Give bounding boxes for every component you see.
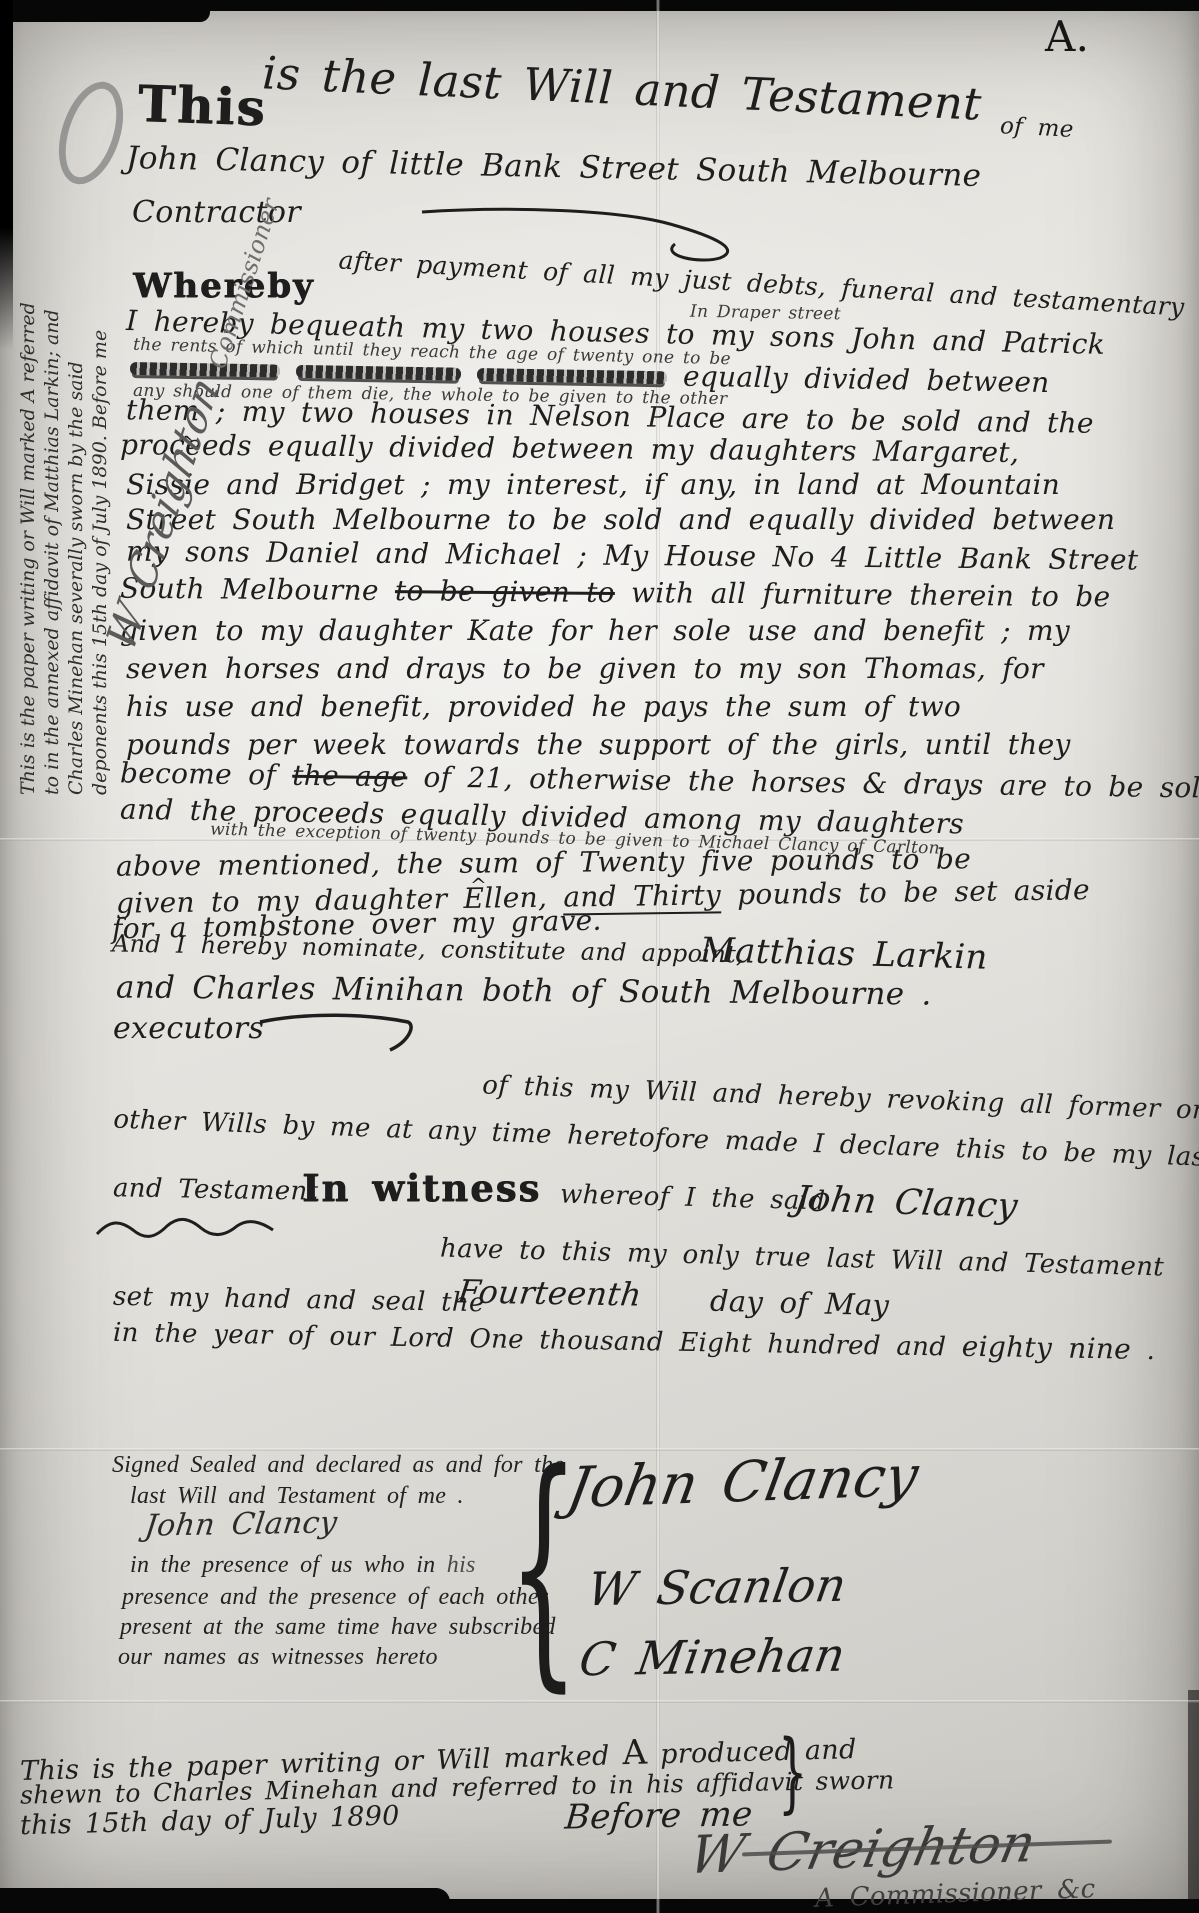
- paper-fold-2: [0, 1448, 1199, 1451]
- set-aside-text: pounds to be set aside: [721, 873, 1090, 911]
- flourish-zigzag: [95, 1214, 275, 1244]
- margin-note-line-1: This is the paper writing or Will marked…: [16, 195, 40, 795]
- horses-drays-line: seven horses and drays to be given to my…: [126, 654, 1044, 685]
- year-line: in the year of our Lord One thousand Eig…: [113, 1317, 1156, 1366]
- year-printed-text: in the year of our Lord One thousand Eig…: [113, 1318, 962, 1363]
- attestation-line-3: in the presence of us who in his: [130, 1552, 476, 1578]
- daughter-kate-line: given to my daughter Kate for her sole u…: [120, 616, 1070, 647]
- paper-fold-3: [0, 1700, 1199, 1703]
- equally-divided-text: equally divided between: [683, 360, 1050, 399]
- title-gothic-this: This: [137, 76, 268, 135]
- endorsement-mark-a: A: [622, 1733, 648, 1774]
- margin-note-block: This is the paper writing or Will marked…: [16, 195, 112, 795]
- john-clancy-name-inline: John Clancy: [792, 1180, 1020, 1226]
- sons-daniel-michael-line: my sons Daniel and Michael ; My House No…: [126, 537, 1139, 577]
- attestation-line-6: our names as witnesses hereto: [118, 1644, 438, 1670]
- exhibit-mark: A.: [1045, 14, 1089, 60]
- testator-line: John Clancy of little Bank Street South …: [126, 141, 982, 193]
- eighty-nine-script: eighty nine: [961, 1330, 1131, 1366]
- struck-to-be-given: to be given to: [395, 574, 615, 609]
- day-of-may-text: day of May: [710, 1286, 890, 1323]
- attestation-testator-name: John Clancy: [143, 1506, 339, 1542]
- struck-the-age: the age: [292, 759, 407, 794]
- in-witness-gothic: In witness: [302, 1168, 541, 1209]
- scan-edge-bottom-left: [0, 1888, 450, 1913]
- executor-larkin-name: Matthias Larkin: [700, 932, 989, 977]
- furniture-text: with all furniture therein to be: [615, 576, 1111, 613]
- ink-smudge-oval: [47, 74, 135, 193]
- margin-note-line-2: to in the annexed affidavit of Matthias …: [40, 195, 64, 795]
- flourish-after-executors: [258, 1008, 418, 1058]
- pounds-per-week-line: pounds per week towards the support of t…: [126, 730, 1071, 761]
- attestation-line-1: Signed Sealed and declared as and for th…: [112, 1452, 564, 1478]
- his-insert-script: his: [447, 1552, 476, 1578]
- margin-note-line-3: Charles Minehan severally sworn by the s…: [64, 195, 88, 795]
- endorsement-brace: }: [778, 1728, 807, 1815]
- mountain-street-line: Street South Melbourne to be sold and eq…: [126, 505, 1115, 536]
- scribbled-out-words: [477, 368, 667, 384]
- scribbled-out-words: [296, 365, 461, 381]
- endorsement-text-post: produced and: [647, 1734, 857, 1770]
- margin-note-line-4: deponents this 15th day of July 1890. Be…: [88, 195, 112, 795]
- title-of-me: of me: [999, 114, 1074, 143]
- signature-john-clancy: John Clancy: [563, 1446, 923, 1520]
- nominate-line: And I hereby nominate, constitute and ap…: [112, 930, 744, 967]
- year-period: .: [1131, 1336, 1156, 1366]
- executor-minihan-line: and Charles Minihan both of South Melbou…: [116, 970, 932, 1011]
- attestation-line-5: present at the same time have subscribed: [120, 1614, 556, 1640]
- hand-and-seal-text: set my hand and seal the: [113, 1283, 485, 1318]
- sissie-bridget-line: Sissie and Bridget ; my interest, if any…: [126, 470, 1060, 501]
- use-benefit-line: his use and benefit, provided he pays th…: [126, 692, 961, 723]
- whereof-said-text: whereof I the said: [560, 1181, 826, 1217]
- executors-word: executors: [113, 1012, 264, 1045]
- attestation-line-4: presence and the presence of each other: [122, 1584, 548, 1610]
- become-of-text: become of: [120, 756, 293, 791]
- scan-edge-top-left: [0, 0, 210, 22]
- south-melbourne-furniture-line: South Melbourne to be given to with all …: [120, 574, 1111, 613]
- will-document-page: A. This is the last Will and Testament o…: [0, 0, 1199, 1913]
- and-testament-text: and Testament: [113, 1174, 319, 1206]
- signature-w-scanlon: W Scanlon: [584, 1560, 850, 1615]
- presence-text: in the presence of us who in: [130, 1552, 447, 1578]
- otherwise-sold-text: of 21, otherwise the horses & drays are …: [407, 760, 1199, 804]
- day-fourteenth-script: Fourteenth: [456, 1274, 644, 1312]
- title-main: is the last Will and Testament: [261, 48, 982, 129]
- scan-edge-left: [0, 0, 13, 350]
- revoking-line-1: of this my Will and hereby revoking all …: [482, 1071, 1199, 1125]
- scan-edge-right: [1188, 1690, 1199, 1900]
- signature-c-minehan: C Minehan: [576, 1630, 849, 1685]
- proceeds-line: proceeds equally divided between my daug…: [120, 430, 1019, 469]
